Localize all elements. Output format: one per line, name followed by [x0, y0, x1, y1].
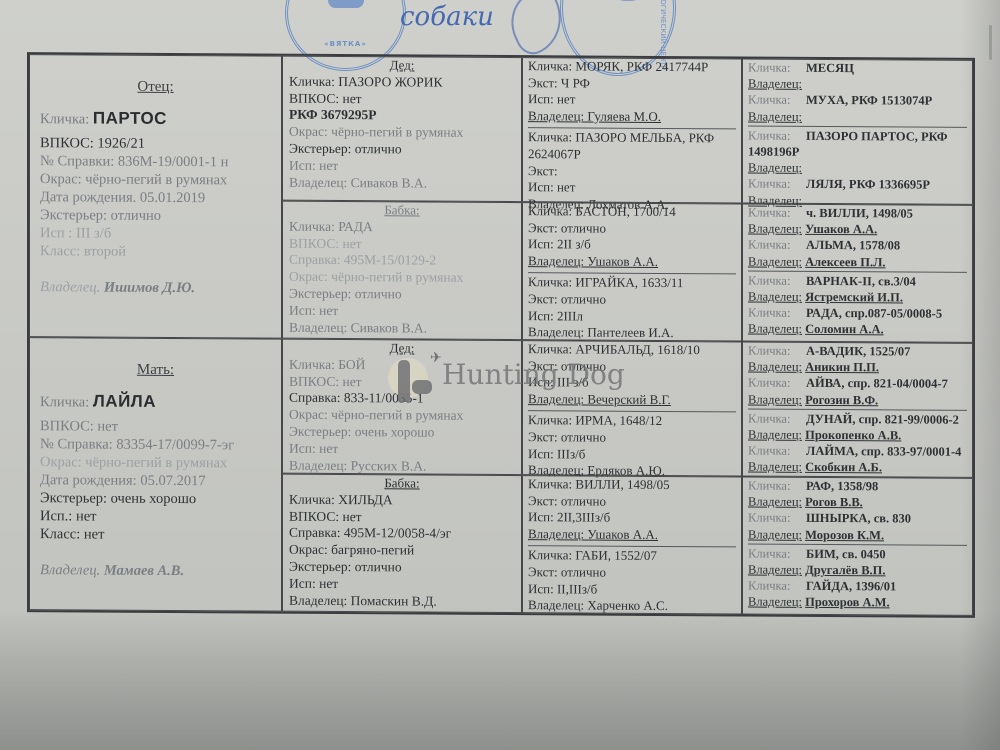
gggp-nick: РАФ, 1358/98: [806, 479, 878, 493]
nick-label: Кличка:: [748, 478, 806, 495]
stamp-label: «ВЯТКА»: [288, 40, 403, 48]
mother-spravka: № Справка: 83354-17/0099-7-эг: [40, 435, 271, 454]
owner-label: Владелец:: [748, 77, 802, 91]
owner-label: Владелец.: [40, 562, 100, 578]
nick-label: Кличка:: [748, 375, 806, 392]
gp-line: Исп: нет: [289, 157, 515, 175]
gggp-owner-line: Владелец: Рогов В.В.: [748, 494, 967, 512]
gggp-owner-line: Владелец: Соломин А.А.: [748, 321, 967, 339]
nick-label: Кличка:: [748, 60, 806, 77]
gggp-owner: Алексеев П.Л.: [805, 254, 885, 268]
owner-label: Владелец:: [748, 392, 802, 406]
ggp-isp: Исп: 2IIIл: [528, 308, 736, 326]
great-great-grandparent-cell: Кличка:ч. ВИЛЛИ, 1498/05Владелец: Ушаков…: [742, 203, 973, 342]
gggp-owner: Другалёв В.П.: [805, 563, 885, 577]
gp-line: Справка: 495М-15/0129-2: [289, 252, 515, 270]
gggp-owner-line: Владелец:: [748, 108, 967, 126]
owner-label: Владелец:: [748, 360, 802, 374]
gp-line: Экстерьер: отлично: [289, 559, 515, 577]
gggp-owner-line: Владелец:: [748, 160, 967, 178]
nick-label: Кличка:: [748, 545, 806, 562]
father-color: Окрас: чёрно-пегий в румянах: [40, 170, 271, 189]
ggp-owner: Владелец: Гуляева М.О.: [528, 108, 736, 126]
gggp-owner-line: Владелец: Аникин П.П.: [748, 359, 967, 377]
ggp-ext: Экст: Ч РФ: [528, 75, 736, 93]
gggp-nick: ДУНАЙ, спр. 821-99/0006-2: [806, 412, 959, 427]
father-spravka: № Справки: 836М-19/0001-1 н: [40, 152, 271, 171]
gggp-entry: Кличка:ВАРНАК-II, св.3/04: [748, 272, 967, 290]
owner-label: Владелец:: [748, 254, 802, 268]
gggp-owner-line: Владелец: Ушаков А.А.: [748, 221, 967, 239]
gggp-entry: Кличка:РАДА, спр.087-05/0008-5: [748, 305, 967, 323]
ggp-nick: Кличка: АРЧИБАЛЬД, 1618/10: [528, 341, 736, 359]
mother-cell: Мать: Кличка: ЛАЙЛА ВПКОС: нет № Справка…: [29, 337, 282, 612]
gggp-nick: МЕСЯЦ: [806, 61, 854, 75]
owner-label: Владелец:: [748, 595, 802, 609]
gggp-nick: АЙВА, спр. 821-04/0004-7: [806, 376, 948, 391]
gggp-entry: Кличка:АЙВА, спр. 821-04/0004-7: [748, 375, 967, 393]
ggp-isp: Исп: II,IIIз/б: [528, 581, 736, 599]
paper-clip-icon: [989, 25, 992, 60]
gggp-nick: ВАРНАК-II, св.3/04: [806, 274, 916, 289]
great-great-grandparent-cell: Кличка:А-ВАДИК, 1525/07Владелец: Аникин …: [742, 341, 973, 477]
gggp-owner: Ястремский И.П.: [805, 290, 903, 305]
gggp-nick: ЛЯЛЯ, РКФ 1336695Р: [806, 177, 930, 192]
gggp-entry: Кличка:ЛАЙМА, спр. 833-97/0001-4: [748, 443, 967, 461]
nick-label: Кличка:: [748, 205, 806, 222]
gggp-entry: Кличка:МУХА, РКФ 1513074Р: [748, 92, 967, 110]
owner-label: Владелец:: [748, 290, 802, 304]
grandparent-role: Дед:: [289, 57, 515, 75]
gggp-nick: ч. ВИЛЛИ, 1498/05: [806, 206, 913, 221]
gp-line: ВПКОС: нет: [289, 90, 515, 108]
gp-line: Экстерьер: отлично: [289, 141, 515, 159]
ggp-nick: Кличка: ИГРАЙКА, 1633/11: [528, 275, 736, 293]
mother-color: Окрас: чёрно-пегий в румянах: [40, 453, 271, 472]
grandparent-cell: Бабка: Кличка: ХИЛЬДА ВПКОС: нет Справка…: [282, 474, 522, 613]
gggp-owner: Ушаков А.А.: [805, 222, 877, 236]
ggp-nick: Кличка: ВИЛЛИ, 1498/05: [528, 476, 736, 494]
great-great-grandparent-cell: Кличка:РАФ, 1358/98Владелец: Рогов В.В.К…: [742, 476, 973, 615]
father-class: Класс: второй: [40, 242, 271, 261]
nick-label: Кличка:: [40, 394, 89, 410]
ggp-owner: Владелец: Ушаков А.А.: [528, 526, 736, 544]
mother-owner: Мамаев А.В.: [104, 563, 184, 579]
grandparent-cell: Бабка: Кличка: РАДА ВПКОС: нет Справка: …: [282, 201, 522, 340]
gggp-nick: ШНЫРКА, св. 830: [806, 511, 911, 526]
nick-label: Кличка:: [748, 92, 806, 109]
gp-line: Окрас: чёрно-пегий в румянах: [289, 407, 515, 425]
ggp-ext: Экст: отлично: [528, 220, 736, 238]
ggp-ext: Экст: отлично: [528, 291, 736, 309]
father-role: Отец:: [40, 77, 271, 96]
nick-label: Кличка:: [748, 343, 806, 360]
ggp-nick: Кличка: МОРЯК, РКФ 2417744Р: [528, 58, 736, 76]
gp-line: Окрас: багряно-пегий: [289, 542, 515, 560]
ggp-nick: Кличка: ИРМА, 1648/12: [528, 413, 736, 431]
gggp-entry: Кличка:АЛЬМА, 1578/08: [748, 237, 967, 255]
dog-icon: [613, 0, 643, 1]
gp-line: Владелец: Помаскин В.Д.: [289, 592, 515, 610]
nick-label: Кличка:: [748, 272, 806, 289]
great-great-grandparent-cell: Кличка:МЕСЯЦВладелец: Кличка:МУХА, РКФ 1…: [742, 58, 973, 204]
gp-line: Владелец: Сиваков В.А.: [289, 174, 515, 192]
pedigree-table: Отец: Кличка: ПАРТОС ВПКОС: 1926/21 № Сп…: [27, 52, 975, 618]
grandparent-cell: Дед: Кличка: ПАЗОРО ЖОРИК ВПКОС: нет РКФ…: [282, 56, 522, 202]
gp-line: Справка: 495М-12/0058-4/эг: [289, 525, 515, 543]
gggp-owner-line: Владелец: Прохоров А.М.: [748, 594, 967, 612]
gggp-owner-line: Владелец: Алексеев П.Л.: [748, 253, 967, 271]
gggp-entry: Кличка:ЛЯЛЯ, РКФ 1336695Р: [748, 176, 967, 194]
gp-line: Окрас: чёрно-пегий в румянах: [289, 124, 515, 142]
gggp-entry: Кличка:ДУНАЙ, спр. 821-99/0006-2: [748, 410, 967, 428]
ggp-nick: Кличка: БАСТОН, 1700/14: [528, 203, 736, 221]
grandparent-role: Бабка:: [289, 475, 515, 493]
gp-line: Исп: нет: [289, 302, 515, 320]
gggp-owner-line: Владелец: Прокопенко А.В.: [748, 427, 967, 445]
owner-label: Владелец:: [748, 322, 802, 336]
owner-label: Владелец.: [40, 279, 100, 295]
gggp-nick: АЛЬМА, 1578/08: [806, 238, 900, 253]
gggp-entry: Кличка:А-ВАДИК, 1525/07: [748, 343, 967, 361]
gggp-owner: Соломин А.А.: [805, 322, 884, 336]
grandparent-cell: Дед: Кличка: БОЙ ВПКОС: нет Справка: 833…: [282, 339, 522, 475]
mother-birth: Дата рождения: 05.07.2017: [40, 471, 271, 490]
nick-label: Кличка:: [748, 127, 806, 144]
ggp-owner: Владелец: Ушаков А.А.: [528, 253, 736, 271]
ggp-isp: Исп: нет: [528, 179, 736, 197]
owner-label: Владелец:: [748, 109, 802, 123]
ggp-ext: Экст:: [528, 163, 736, 181]
gp-line: Кличка: РАДА: [289, 219, 515, 237]
gp-line: Владелец: Русских В.А.: [289, 457, 515, 475]
ggp-ext: Экст: отлично: [528, 493, 736, 511]
gggp-entry: Кличка:БИМ, св. 0450: [748, 545, 967, 563]
gggp-entry: Кличка:ГАЙДА, 1396/01: [748, 578, 967, 596]
owner-label: Владелец:: [748, 527, 802, 541]
mother-vpkos: ВПКОС: нет: [40, 417, 271, 436]
owner-label: Владелец:: [748, 428, 802, 442]
gggp-owner: Рогов В.В.: [805, 495, 863, 509]
ggp-nick: Кличка: ПАЗОРО МЕЛЬБА, РКФ 2624067Р: [528, 130, 736, 164]
father-nick: ПАРТОС: [93, 109, 167, 128]
gggp-owner-line: Владелец: Другалёв В.П.: [748, 562, 967, 580]
mother-class: Класс: нет: [40, 525, 271, 544]
ggp-isp: Исп: III з/б: [528, 374, 736, 392]
father-owner: Ишимов Д.Ю.: [104, 280, 195, 297]
gp-line: РКФ 3679295Р: [289, 107, 515, 125]
gggp-entry: Кличка:ШНЫРКА, св. 830: [748, 510, 967, 528]
ggp-ext: Экст: отлично: [528, 358, 736, 376]
nick-label: Кличка:: [748, 410, 806, 427]
gp-line: ВПКОС: нет: [289, 373, 515, 391]
owner-label: Владелец:: [748, 495, 802, 509]
gp-line: Исп: нет: [289, 440, 515, 458]
gggp-nick: МУХА, РКФ 1513074Р: [806, 93, 932, 108]
gggp-owner-line: Владелец: Скобкин А.Б.: [748, 459, 967, 477]
gggp-entry: Кличка:МЕСЯЦ: [748, 60, 967, 78]
ggp-nick: Кличка: ГАБИ, 1552/07: [528, 548, 736, 566]
gggp-entry: Кличка:ПАЗОРО ПАРТОС, РКФ 1498196Р: [748, 127, 967, 161]
ggp-isp: Исп: нет: [528, 91, 736, 109]
ggp-isp: Исп: IIIз/б: [528, 446, 736, 464]
grandparent-role: Бабка:: [289, 202, 515, 220]
owner-label: Владелец:: [748, 460, 802, 474]
ggp-ext: Экст: отлично: [528, 564, 736, 582]
gggp-owner: Рогозин В.Ф.: [805, 392, 878, 406]
gggp-nick: А-ВАДИК, 1525/07: [806, 344, 910, 359]
nick-label: Кличка:: [748, 305, 806, 322]
gggp-owner: Аникин П.П.: [805, 360, 879, 374]
gp-line: ВПКОС: нет: [289, 235, 515, 253]
gp-line: Окрас: чёрно-пегий в румянах: [289, 269, 515, 287]
mother-role: Мать:: [40, 360, 271, 379]
gggp-owner-line: Владелец:: [748, 76, 967, 94]
owner-label: Владелец:: [748, 161, 802, 175]
mother-nick: ЛАЙЛА: [93, 392, 156, 411]
mother-exterior: Экстерьер: очень хорошо: [40, 489, 271, 508]
nick-label: Кличка:: [748, 510, 806, 527]
gggp-nick: БИМ, св. 0450: [806, 547, 886, 561]
nick-label: Кличка:: [40, 111, 89, 127]
great-grandparent-cell: Кличка: ВИЛЛИ, 1498/05Экст: отличноИсп: …: [522, 475, 742, 614]
gp-line: Экстерьер: очень хорошо: [289, 424, 515, 442]
nick-label: Кличка:: [748, 578, 806, 595]
gggp-owner-line: Владелец: Ястремский И.П.: [748, 289, 967, 307]
father-cell: Отец: Кличка: ПАРТОС ВПКОС: 1926/21 № Сп…: [29, 54, 282, 339]
ggp-owner: Владелец: Вечерский В.Г.: [528, 391, 736, 409]
gggp-entry: Кличка:РАФ, 1358/98: [748, 478, 967, 496]
gggp-owner-line: Владелец: Рогозин В.Ф.: [748, 391, 967, 409]
gggp-nick: ЛАЙМА, спр. 833-97/0001-4: [806, 444, 961, 459]
gggp-owner: Прохоров А.М.: [805, 595, 889, 610]
gggp-nick: РАДА, спр.087-05/0008-5: [806, 306, 942, 321]
ggp-isp: Исп: 2II,3IIIз/б: [528, 509, 736, 527]
gp-line: Кличка: БОЙ: [289, 357, 515, 375]
grandparent-role: Дед:: [289, 340, 515, 358]
gp-line: Экстерьер: отлично: [289, 286, 515, 304]
ggp-ext: Экст: отлично: [528, 429, 736, 447]
gp-line: Справка: 833-11/0035-1: [289, 390, 515, 408]
ggp-isp: Исп: 2II з/б: [528, 236, 736, 254]
dog-icon: [328, 0, 364, 8]
great-grandparent-cell: Кличка: МОРЯК, РКФ 2417744РЭкст: Ч РФИсп…: [522, 57, 742, 203]
mother-isp: Исп.: нет: [40, 507, 271, 526]
owner-label: Владелец:: [748, 563, 802, 577]
great-grandparent-cell: Кличка: БАСТОН, 1700/14Экст: отличноИсп:…: [522, 202, 742, 341]
father-exterior: Экстерьер: отлично: [40, 206, 271, 225]
gggp-entry: Кличка:ч. ВИЛЛИ, 1498/05: [748, 205, 967, 223]
gggp-nick: ГАЙДА, 1396/01: [806, 579, 896, 594]
gp-line: Исп: нет: [289, 575, 515, 593]
father-isp: Исп : III з/б: [40, 224, 271, 243]
gp-line: Кличка: ПАЗОРО ЖОРИК: [289, 74, 515, 92]
gggp-owner: Скобкин А.Б.: [805, 460, 882, 474]
gggp-owner-line: Владелец: Морозов К.М.: [748, 526, 967, 544]
shadow: [0, 610, 1000, 750]
great-grandparent-cell: Кличка: АРЧИБАЛЬД, 1618/10Экст: отличноИ…: [522, 340, 742, 476]
gp-line: Кличка: ХИЛЬДА: [289, 492, 515, 510]
nick-label: Кличка:: [748, 443, 806, 460]
owner-label: Владелец:: [748, 222, 802, 236]
gp-line: ВПКОС: нет: [289, 508, 515, 526]
nick-label: Кличка:: [748, 237, 806, 254]
gp-line: Владелец: Сиваков В.А.: [289, 319, 515, 337]
signature: собаки: [400, 2, 494, 32]
father-vpkos: ВПКОС: 1926/21: [40, 134, 271, 153]
gggp-owner: Морозов К.М.: [805, 527, 884, 541]
gggp-owner: Прокопенко А.В.: [805, 428, 901, 443]
father-birth: Дата рождения. 05.01.2019: [40, 188, 271, 207]
nick-label: Кличка:: [748, 176, 806, 193]
